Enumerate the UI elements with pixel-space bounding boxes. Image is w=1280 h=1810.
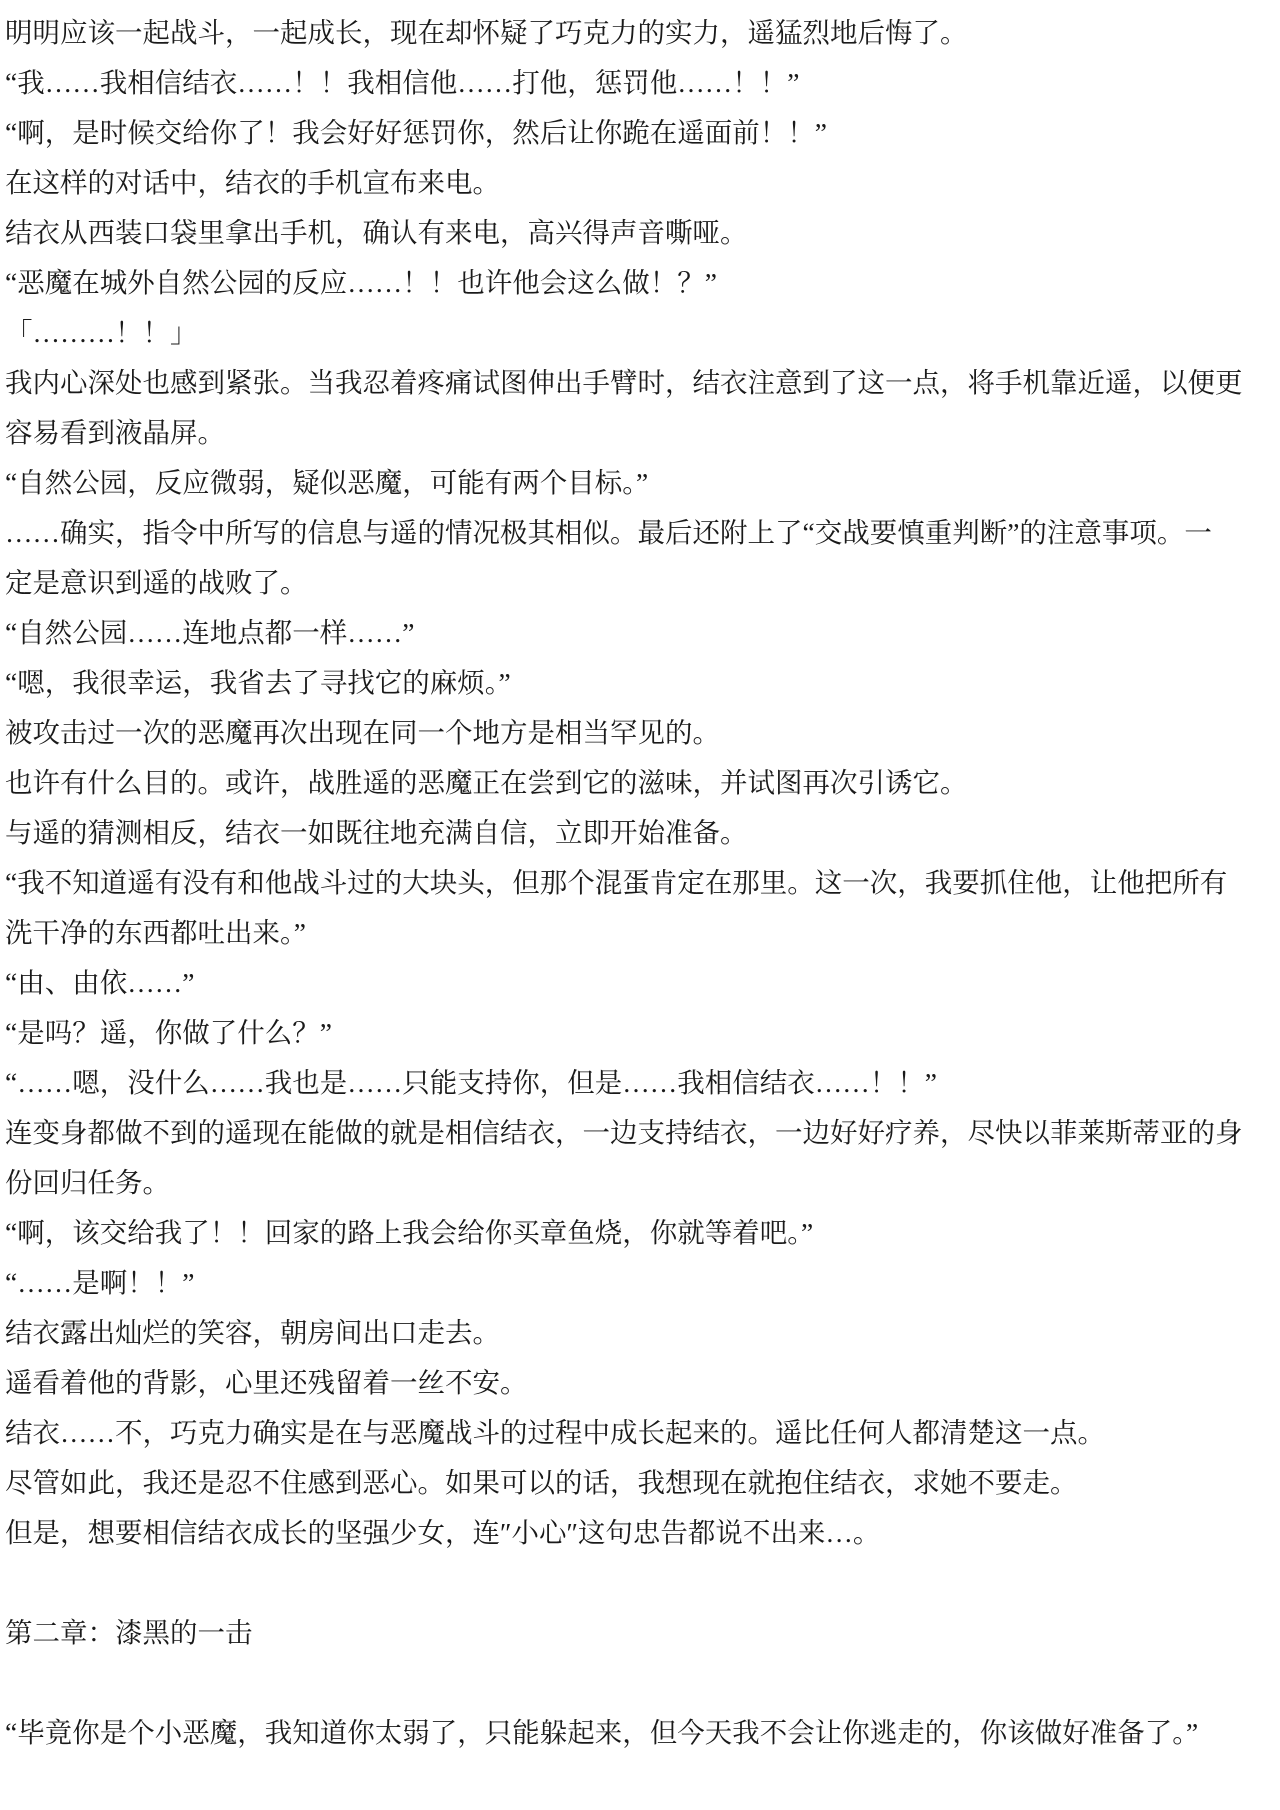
text-line: “自然公园……连地点都一样……” [5, 608, 1276, 658]
text-line: 洗干净的东西都吐出来。” [5, 908, 1276, 958]
document-content: 明明应该一起战斗，一起成长，现在却怀疑了巧克力的实力，遥猛烈地后悔了。“我……我… [5, 8, 1276, 1758]
text-line: 结衣露出灿烂的笑容，朝房间出口走去。 [5, 1308, 1276, 1358]
text-line: 但是，想要相信结衣成长的坚强少女，连″小心″这句忠告都说不出来…。 [5, 1508, 1276, 1558]
text-line: 结衣……不，巧克力确实是在与恶魔战斗的过程中成长起来的。遥比任何人都清楚这一点。 [5, 1408, 1276, 1458]
text-line: ……确实，指令中所写的信息与遥的情况极其相似。最后还附上了“交战要慎重判断”的注… [5, 508, 1276, 558]
text-line: 遥看着他的背影，心里还残留着一丝不安。 [5, 1358, 1276, 1408]
text-line: 明明应该一起战斗，一起成长，现在却怀疑了巧克力的实力，遥猛烈地后悔了。 [5, 8, 1276, 58]
blank-line [5, 1558, 1276, 1608]
text-line: 份回归任务。 [5, 1158, 1276, 1208]
text-line: 「………！！」 [5, 308, 1276, 358]
text-line: “恶魔在城外自然公园的反应……！！也许他会这么做！？” [5, 258, 1276, 308]
text-line: “嗯，我很幸运，我省去了寻找它的麻烦。” [5, 658, 1276, 708]
text-line: “是吗？遥，你做了什么？” [5, 1008, 1276, 1058]
text-line: 结衣从西装口袋里拿出手机，确认有来电，高兴得声音嘶哑。 [5, 208, 1276, 258]
text-line: 在这样的对话中，结衣的手机宣布来电。 [5, 158, 1276, 208]
text-line: 被攻击过一次的恶魔再次出现在同一个地方是相当罕见的。 [5, 708, 1276, 758]
text-line: 连变身都做不到的遥现在能做的就是相信结衣，一边支持结衣，一边好好疗养，尽快以菲莱… [5, 1108, 1276, 1158]
text-line: “我……我相信结衣……！！我相信他……打他，惩罚他……！！” [5, 58, 1276, 108]
text-line: “我不知道遥有没有和他战斗过的大块头，但那个混蛋肯定在那里。这一次，我要抓住他，… [5, 858, 1276, 908]
text-line: “……是啊！！” [5, 1258, 1276, 1308]
text-line: 定是意识到遥的战败了。 [5, 558, 1276, 608]
text-line: 尽管如此，我还是忍不住感到恶心。如果可以的话，我想现在就抱住结衣，求她不要走。 [5, 1458, 1276, 1508]
text-line: “自然公园，反应微弱，疑似恶魔，可能有两个目标。” [5, 458, 1276, 508]
text-line: 第二章：漆黑的一击 [5, 1608, 1276, 1658]
text-line: “啊，是时候交给你了！我会好好惩罚你，然后让你跪在遥面前！！” [5, 108, 1276, 158]
text-line: 与遥的猜测相反，结衣一如既往地充满自信，立即开始准备。 [5, 808, 1276, 858]
text-line: 容易看到液晶屏。 [5, 408, 1276, 458]
text-line: 也许有什么目的。或许，战胜遥的恶魔正在尝到它的滋味，并试图再次引诱它。 [5, 758, 1276, 808]
text-line: “毕竟你是个小恶魔，我知道你太弱了，只能躲起来，但今天我不会让你逃走的，你该做好… [5, 1708, 1276, 1758]
text-line: 我内心深处也感到紧张。当我忍着疼痛试图伸出手臂时，结衣注意到了这一点，将手机靠近… [5, 358, 1276, 408]
document-page: 明明应该一起战斗，一起成长，现在却怀疑了巧克力的实力，遥猛烈地后悔了。“我……我… [0, 0, 1280, 1810]
text-line: “由、由依……” [5, 958, 1276, 1008]
text-line: “啊，该交给我了！！回家的路上我会给你买章鱼烧，你就等着吧。” [5, 1208, 1276, 1258]
text-line: “……嗯，没什么……我也是……只能支持你，但是……我相信结衣……！！” [5, 1058, 1276, 1108]
blank-line [5, 1658, 1276, 1708]
